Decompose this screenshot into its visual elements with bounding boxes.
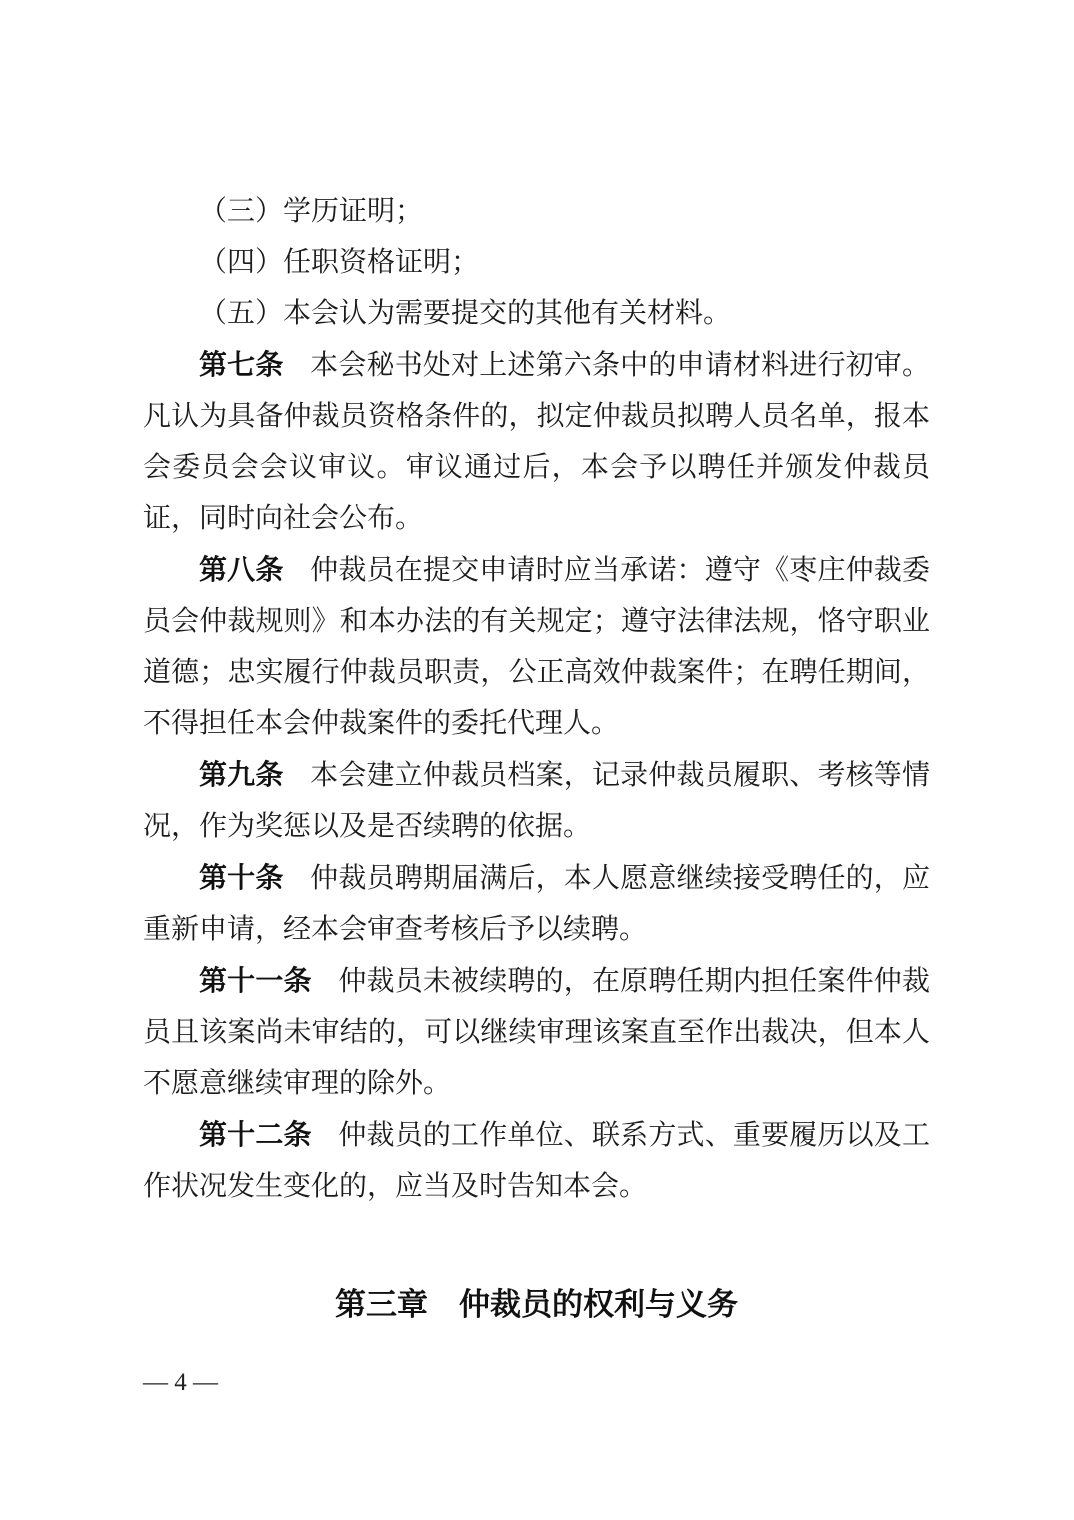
article-11-number: 第十一条	[199, 965, 312, 996]
article-7-paragraph: 第七条本会秘书处对上述第六条中的申请材料进行初审。凡认为具备仲裁员资格条件的，拟…	[143, 339, 930, 544]
article-11-paragraph: 第十一条仲裁员未被续聘的，在原聘任期内担任案件仲裁员且该案尚未审结的，可以继续审…	[143, 955, 930, 1109]
article-7-number: 第七条	[199, 349, 284, 380]
article-8-number: 第八条	[199, 554, 284, 585]
page-number: — 4 —	[143, 1369, 218, 1396]
list-item-4-text: （四）任职资格证明；	[199, 247, 479, 278]
document-page: （三）学历证明； （四）任职资格证明； （五）本会认为需要提交的其他有关材料。 …	[0, 0, 1074, 1520]
chapter-title: 仲裁员的权利与义务	[459, 1287, 738, 1322]
page-footer: — 4 —	[143, 1368, 218, 1398]
chapter-number: 第三章	[335, 1287, 428, 1322]
article-12-number: 第十二条	[199, 1119, 312, 1150]
article-10-number: 第十条	[199, 862, 284, 893]
article-12-paragraph: 第十二条仲裁员的工作单位、联系方式、重要履历以及工作状况发生变化的，应当及时告知…	[143, 1109, 930, 1212]
list-item-4: （四）任职资格证明；	[143, 237, 930, 288]
list-item-5: （五）本会认为需要提交的其他有关材料。	[143, 288, 930, 339]
article-8-paragraph: 第八条仲裁员在提交申请时应当承诺：遵守《枣庄仲裁委员会仲裁规则》和本办法的有关规…	[143, 544, 930, 749]
list-item-3-text: （三）学历证明；	[199, 196, 423, 227]
article-9-number: 第九条	[199, 759, 284, 790]
list-item-5-text: （五）本会认为需要提交的其他有关材料。	[199, 298, 731, 329]
article-9-paragraph: 第九条本会建立仲裁员档案，记录仲裁员履职、考核等情况，作为奖惩以及是否续聘的依据…	[143, 749, 930, 852]
list-item-3: （三）学历证明；	[143, 186, 930, 237]
article-10-paragraph: 第十条仲裁员聘期届满后，本人愿意继续接受聘任的，应重新申请，经本会审查考核后予以…	[143, 852, 930, 955]
document-body: （三）学历证明； （四）任职资格证明； （五）本会认为需要提交的其他有关材料。 …	[143, 186, 930, 1330]
chapter-heading: 第三章仲裁员的权利与义务	[143, 1279, 930, 1330]
